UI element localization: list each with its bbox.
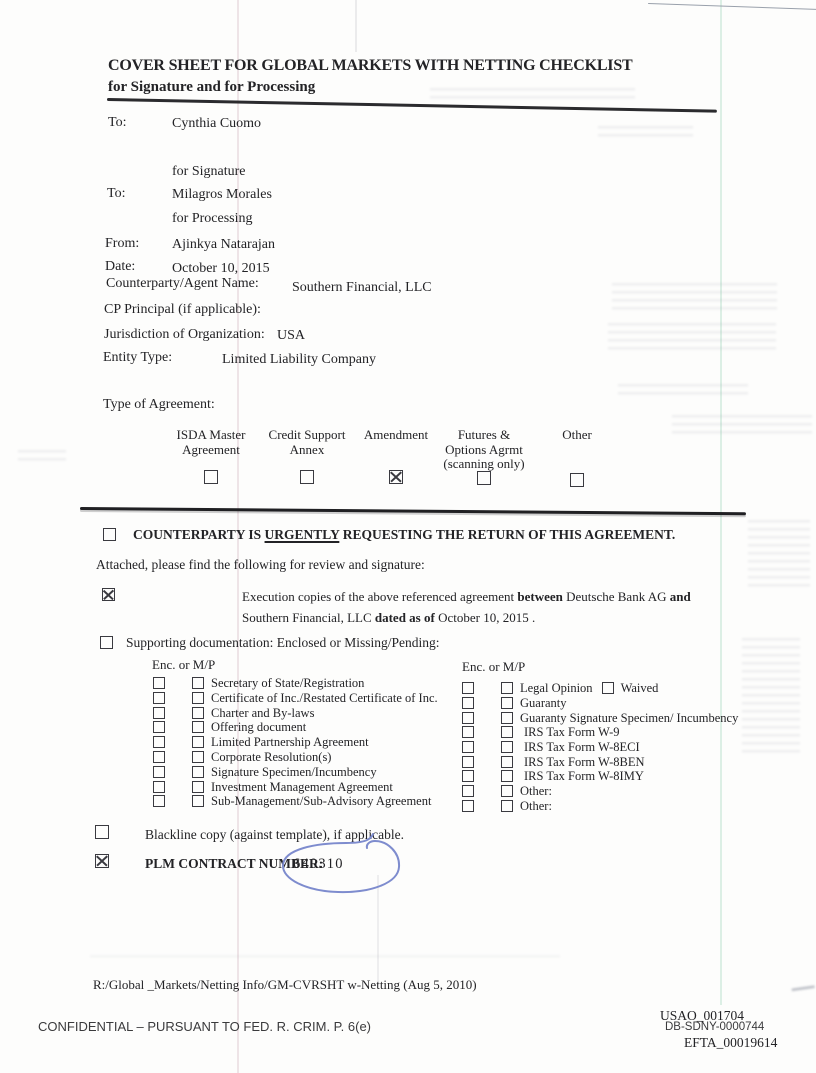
mp-checkbox xyxy=(192,692,204,704)
supporting-doc-label: Supporting documentation: Enclosed or Mi… xyxy=(126,635,439,651)
mp-checkbox xyxy=(501,800,513,812)
mp-checkbox xyxy=(501,682,513,694)
entity-type-value: Limited Liability Company xyxy=(222,352,376,368)
bleed-through-text xyxy=(18,450,66,463)
checklist-row: Sub-Management/Sub-Advisory Agreement xyxy=(153,794,431,808)
execution-text-segment: and xyxy=(670,589,691,604)
document-title: COVER SHEET FOR GLOBAL MARKETS WITH NETT… xyxy=(108,57,633,75)
checklist-item-label: Investment Management Agreement xyxy=(211,780,393,795)
checklist-item-label: Secretary of State/Registration xyxy=(211,676,364,691)
to1-role: for Signature xyxy=(172,164,245,180)
execution-text-segment: dated as of xyxy=(375,610,435,625)
agreement-type-csa-checkbox xyxy=(300,470,314,484)
urgent-checkbox xyxy=(103,528,116,541)
checklist-item-label: Other: xyxy=(520,784,552,799)
execution-text-segment: Southern Financial, LLC xyxy=(242,610,375,625)
checklist-row: Legal OpinionWaived xyxy=(462,681,658,695)
counterparty-value: Southern Financial, LLC xyxy=(292,280,432,296)
checklist-item-label: Corporate Resolution(s) xyxy=(211,750,331,765)
enc-checkbox xyxy=(462,785,474,797)
checklist-item-label: Offering document xyxy=(211,720,306,735)
checklist-item-label: Other: xyxy=(520,799,552,814)
checklist-row: Other: xyxy=(462,784,552,798)
checklist-item-label: IRS Tax Form W-8IMY xyxy=(524,769,644,784)
to2-role: for Processing xyxy=(172,211,253,227)
counterparty-label: Counterparty/Agent Name: xyxy=(106,276,259,292)
checklist-row: Other: xyxy=(462,799,552,813)
checklist-row: Offering document xyxy=(153,720,306,734)
urgent-statement: COUNTERPARTY IS URGENTLY REQUESTING THE … xyxy=(133,527,675,543)
checklist-item-label: Guaranty Signature Specimen/ Incumbency xyxy=(520,711,738,726)
mp-checkbox xyxy=(501,785,513,797)
mp-checkbox xyxy=(192,707,204,719)
execution-copies-text: Execution copies of the above referenced… xyxy=(242,586,730,628)
urgent-statement-underlined: URGENTLY xyxy=(265,527,340,542)
mp-checkbox xyxy=(192,781,204,793)
checklist-item-label: IRS Tax Form W-9 xyxy=(524,725,620,740)
enc-checkbox xyxy=(153,795,165,807)
bleed-through-text xyxy=(430,88,635,104)
blackline-checkbox xyxy=(95,825,109,839)
enc-checkbox xyxy=(153,751,165,763)
checklist-row: Investment Management Agreement xyxy=(153,780,393,794)
checklist-row: Limited Partnership Agreement xyxy=(153,735,369,749)
enc-checkbox xyxy=(462,682,474,694)
entity-type-label: Entity Type: xyxy=(103,350,172,366)
checklist-item-label: Limited Partnership Agreement xyxy=(211,735,369,750)
enc-checkbox xyxy=(153,781,165,793)
urgent-statement-part1: COUNTERPARTY IS xyxy=(133,527,265,542)
scan-crease-top xyxy=(355,0,357,52)
agreement-type-amendment-checkbox xyxy=(389,470,403,484)
enc-header-left: Enc. or M/P xyxy=(152,657,215,673)
bleed-through-text xyxy=(90,955,560,961)
scan-edge-line xyxy=(648,3,816,10)
checklist-row: Guaranty xyxy=(462,696,567,710)
checklist-row: Corporate Resolution(s) xyxy=(153,750,331,764)
from-label: From: xyxy=(105,236,139,252)
attached-intro: Attached, please find the following for … xyxy=(96,557,425,573)
enc-checkbox xyxy=(153,677,165,689)
waived-label: Waived xyxy=(621,681,659,696)
enc-checkbox xyxy=(462,770,474,782)
execution-text-segment: between xyxy=(517,589,563,604)
date-value: October 10, 2015 xyxy=(172,261,270,277)
checklist-item-label: Signature Specimen/Incumbency xyxy=(211,765,377,780)
enc-checkbox xyxy=(153,707,165,719)
supporting-doc-checkbox xyxy=(100,636,113,649)
checklist-item-label: IRS Tax Form W-8BEN xyxy=(524,755,645,770)
checklist-item-label: Charter and By-laws xyxy=(211,706,314,721)
enc-checkbox xyxy=(153,692,165,704)
mp-checkbox xyxy=(192,795,204,807)
mp-checkbox xyxy=(501,770,513,782)
cp-principal-label: CP Principal (if applicable): xyxy=(104,302,261,318)
plm-checkbox xyxy=(95,854,109,868)
mp-checkbox xyxy=(501,726,513,738)
mp-checkbox xyxy=(501,697,513,709)
pen-circle-annotation xyxy=(276,831,408,903)
bleed-through-text xyxy=(618,384,748,398)
checklist-row: Guaranty Signature Specimen/ Incumbency xyxy=(462,711,738,725)
to2-label: To: xyxy=(107,186,125,202)
to1-name: Cynthia Cuomo xyxy=(172,116,261,132)
checklist-item-label: Certificate of Inc./Restated Certificate… xyxy=(211,691,438,706)
from-name: Ajinkya Natarajan xyxy=(172,237,275,253)
agreement-type-other-label: Other xyxy=(519,428,635,443)
checklist-row: IRS Tax Form W-8IMY xyxy=(462,769,644,783)
checklist-row: Charter and By-laws xyxy=(153,706,314,720)
enc-checkbox xyxy=(462,726,474,738)
mp-checkbox xyxy=(192,677,204,689)
enc-checkbox xyxy=(462,697,474,709)
date-label: Date: xyxy=(105,259,135,275)
enc-checkbox xyxy=(462,741,474,753)
bleed-through-text xyxy=(748,520,810,590)
footer-file-path: R:/Global _Markets/Netting Info/GM-CVRSH… xyxy=(93,977,477,993)
mp-checkbox xyxy=(501,756,513,768)
execution-text-segment: Deutsche Bank AG xyxy=(563,589,670,604)
agreement-type-other-checkbox xyxy=(570,473,584,487)
bleed-through-text xyxy=(742,638,800,753)
enc-checkbox xyxy=(153,766,165,778)
checklist-item-label: Guaranty xyxy=(520,696,567,711)
execution-text-segment: Execution copies of the above referenced… xyxy=(242,589,517,604)
enc-checkbox xyxy=(462,712,474,724)
scan-crease-right xyxy=(720,0,722,1005)
enc-checkbox xyxy=(153,736,165,748)
agreement-type-futures-checkbox xyxy=(477,471,491,485)
jurisdiction-label: Jurisdiction of Organization: xyxy=(104,327,265,343)
checklist-row: Certificate of Inc./Restated Certificate… xyxy=(153,691,438,705)
enc-header-right: Enc. or M/P xyxy=(462,659,525,675)
checklist-item-label: IRS Tax Form W-8ECI xyxy=(524,740,640,755)
agreement-type-isda-checkbox xyxy=(204,470,218,484)
mp-checkbox xyxy=(192,766,204,778)
document-subtitle: for Signature and for Processing xyxy=(108,79,315,96)
mp-checkbox xyxy=(501,712,513,724)
bleed-through-text xyxy=(672,415,812,439)
mp-checkbox xyxy=(501,741,513,753)
bleed-through-text xyxy=(598,126,693,137)
bates-number-efta: EFTA_00019614 xyxy=(684,1035,777,1051)
enc-checkbox xyxy=(153,721,165,733)
mp-checkbox xyxy=(192,721,204,733)
type-of-agreement-label: Type of Agreement: xyxy=(103,397,215,413)
enc-checkbox xyxy=(462,800,474,812)
checklist-row: IRS Tax Form W-9 xyxy=(462,725,620,739)
urgent-statement-part3: REQUESTING THE RETURN OF THIS AGREEMENT. xyxy=(339,527,675,542)
mp-checkbox xyxy=(192,751,204,763)
to1-label: To: xyxy=(108,115,126,131)
scanned-document-page: COVER SHEET FOR GLOBAL MARKETS WITH NETT… xyxy=(0,0,816,1073)
checklist-row: IRS Tax Form W-8ECI xyxy=(462,740,640,754)
enc-checkbox xyxy=(462,756,474,768)
checklist-row: IRS Tax Form W-8BEN xyxy=(462,755,645,769)
checklist-item-label: Sub-Management/Sub-Advisory Agreement xyxy=(211,794,431,809)
section-divider xyxy=(80,507,746,516)
bleed-through-text xyxy=(608,323,776,351)
checklist-row: Signature Specimen/Incumbency xyxy=(153,765,377,779)
waived-checkbox xyxy=(602,682,614,694)
scan-corner-mark xyxy=(792,985,816,995)
to2-name: Milagros Morales xyxy=(172,187,272,203)
execution-text-segment: October 10, 2015 . xyxy=(435,610,535,625)
checklist-item-label: Legal Opinion xyxy=(520,681,593,696)
confidential-stamp: CONFIDENTIAL – PURSUANT TO FED. R. CRIM.… xyxy=(38,1019,371,1034)
execution-copies-checkbox xyxy=(102,588,115,601)
bleed-through-text xyxy=(612,283,777,315)
checklist-row: Secretary of State/Registration xyxy=(153,676,364,690)
bates-number-dbsdny: DB-SDNY-0000744 xyxy=(665,1021,764,1033)
title-underline xyxy=(107,98,717,112)
mp-checkbox xyxy=(192,736,204,748)
jurisdiction-value: USA xyxy=(277,328,305,344)
